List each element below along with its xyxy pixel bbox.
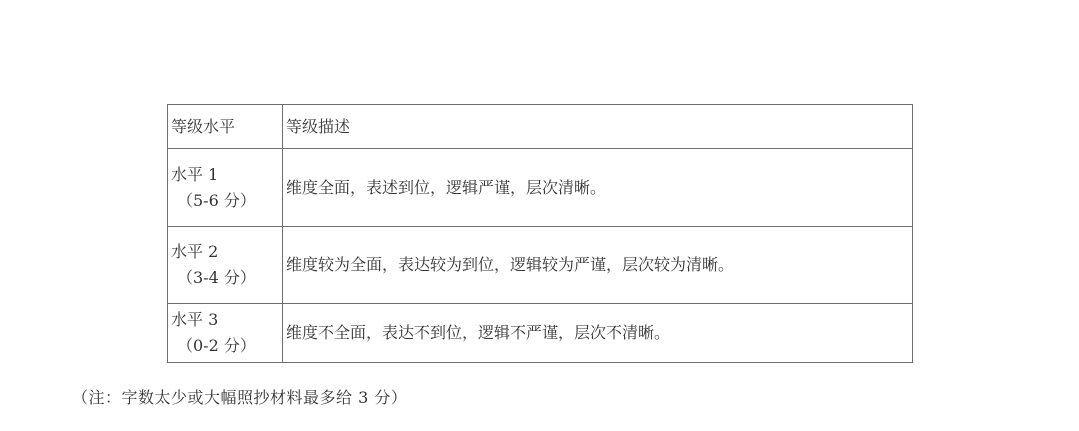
table-row: 水平 1 （5-6 分） 维度全面，表述到位，逻辑严谨，层次清晰。 bbox=[168, 149, 913, 227]
level-name: 水平 3 bbox=[171, 310, 218, 329]
level-cell: 水平 3 （0-2 分） bbox=[168, 304, 283, 363]
header-level: 等级水平 bbox=[168, 105, 283, 149]
grading-rubric-table: 等级水平 等级描述 水平 1 （5-6 分） 维度全面，表述到位，逻辑严谨，层次… bbox=[167, 104, 913, 363]
level-range: （0-2 分） bbox=[171, 333, 282, 359]
level-name: 水平 2 bbox=[171, 242, 218, 261]
table-row: 水平 3 （0-2 分） 维度不全面，表达不到位，逻辑不严谨，层次不清晰。 bbox=[168, 304, 913, 363]
level-cell: 水平 2 （3-4 分） bbox=[168, 227, 283, 304]
header-description: 等级描述 bbox=[283, 105, 913, 149]
table-header-row: 等级水平 等级描述 bbox=[168, 105, 913, 149]
table-row: 水平 2 （3-4 分） 维度较为全面，表达较为到位，逻辑较为严谨，层次较为清晰… bbox=[168, 227, 913, 304]
level-range: （3-4 分） bbox=[171, 265, 282, 291]
description-cell: 维度较为全面，表达较为到位，逻辑较为严谨，层次较为清晰。 bbox=[283, 227, 913, 304]
scoring-note: （注：字数太少或大幅照抄材料最多给 3 分） bbox=[72, 385, 407, 408]
description-cell: 维度全面，表述到位，逻辑严谨，层次清晰。 bbox=[283, 149, 913, 227]
level-range: （5-6 分） bbox=[171, 188, 282, 214]
description-cell: 维度不全面，表达不到位，逻辑不严谨，层次不清晰。 bbox=[283, 304, 913, 363]
level-cell: 水平 1 （5-6 分） bbox=[168, 149, 283, 227]
level-name: 水平 1 bbox=[171, 165, 218, 184]
